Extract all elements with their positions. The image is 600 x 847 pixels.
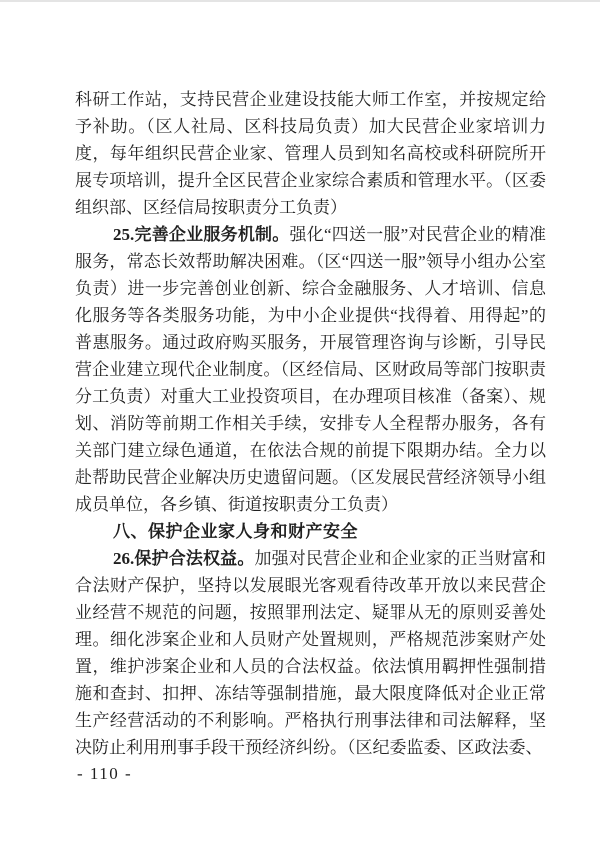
page-number: - 110 - bbox=[77, 764, 132, 784]
item-25-lead: 25.完善企业服务机制。 bbox=[113, 225, 290, 244]
document-page: 科研工作站，支持民营企业建设技能大师工作室，并按规定给予补助。（区人社局、区科技… bbox=[0, 0, 600, 847]
item-26-lead: 26.保护合法权益。 bbox=[113, 549, 255, 568]
scan-edge-artifact bbox=[0, 0, 600, 2]
item-26-text: 加强对民营企业和企业家的正当财富和合法财产保护，坚持以发展眼光客观看待改革开放以… bbox=[75, 549, 546, 757]
item-25-text: 强化“四送一服”对民营企业的精准服务，常态长效帮助解决困难。（区“四送一服”领导… bbox=[75, 225, 546, 514]
paragraph-item-26: 26.保护合法权益。加强对民营企业和企业家的正当财富和合法财产保护，坚持以发展眼… bbox=[75, 545, 546, 761]
document-body: 科研工作站，支持民营企业建设技能大师工作室，并按规定给予补助。（区人社局、区科技… bbox=[75, 86, 546, 761]
paragraph-continuation: 科研工作站，支持民营企业建设技能大师工作室，并按规定给予补助。（区人社局、区科技… bbox=[75, 86, 546, 221]
section-8-heading: 八、保护企业家人身和财产安全 bbox=[75, 518, 546, 545]
paragraph-item-25: 25.完善企业服务机制。强化“四送一服”对民营企业的精准服务，常态长效帮助解决困… bbox=[75, 221, 546, 518]
